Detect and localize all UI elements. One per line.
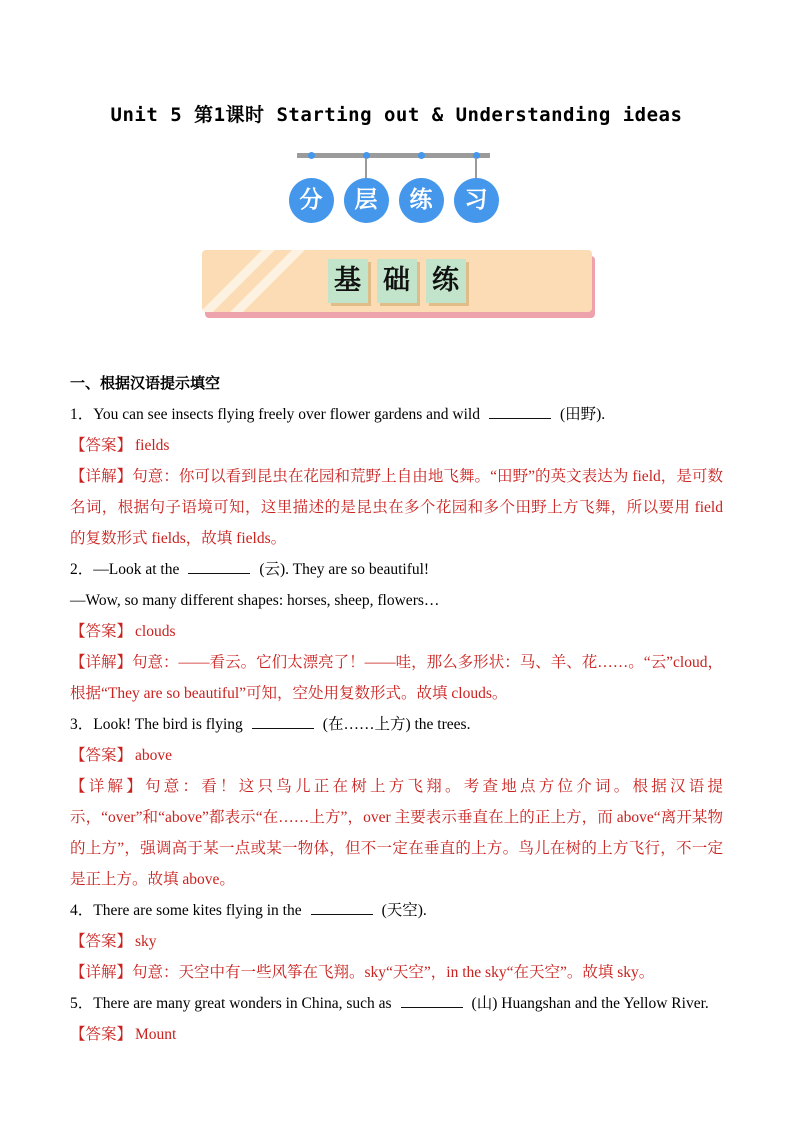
banner-tile: 基 <box>328 259 368 303</box>
practice-circle: 习 <box>454 178 499 223</box>
question-text-pre: Look! The bird is flying <box>93 716 243 733</box>
question-text-pre: You can see insects flying freely over f… <box>93 406 480 423</box>
banner-tile: 练 <box>426 259 466 303</box>
answer-line: 【答案】above <box>70 740 723 771</box>
answer-line: 【答案】clouds <box>70 616 723 647</box>
hanger-line <box>475 158 477 179</box>
answer-label: 【答案】 <box>70 1026 132 1043</box>
question-text-post: (山) Huangshan and the Yellow River. <box>472 995 709 1012</box>
answer-value: clouds <box>135 623 175 640</box>
question-block: 3．Look! The bird is flying(在……上方) the tr… <box>70 709 723 895</box>
question-text-post: (在……上方) the trees. <box>323 716 471 733</box>
explanation-label: 【详解】 <box>70 778 145 795</box>
worksheet-page: Unit 5 第1课时 Starting out & Understanding… <box>0 0 793 1122</box>
question-line: 3．Look! The bird is flying(在……上方) the tr… <box>70 709 723 740</box>
question-number: 3． <box>70 716 93 733</box>
banner-tile: 础 <box>377 259 417 303</box>
explanation-line: 【详解】句意：天空中有一些风筝在飞翔。sky“天空”，in the sky“在天… <box>70 957 723 988</box>
practice-circle: 练 <box>399 178 444 223</box>
worksheet-content: 一、根据汉语提示填空 1．You can see insects flying … <box>70 368 723 1050</box>
answer-line: 【答案】sky <box>70 926 723 957</box>
question-number: 2． <box>70 561 93 578</box>
answer-value: above <box>135 747 172 764</box>
explanation-label: 【详解】 <box>70 964 132 981</box>
explanation-line: 【详解】句意：你可以看到昆虫在花园和荒野上自由地飞舞。“田野”的英文表达为 fi… <box>70 461 723 554</box>
explanation-line: 【详解】句意：看！这只鸟儿正在树上方飞翔。考查地点方位介词。根据汉语提示，“ov… <box>70 771 723 895</box>
question-line: 2．—Look at the(云). They are so beautiful… <box>70 554 723 585</box>
layered-practice-graphic: 分 层 练 习 <box>285 153 509 223</box>
answer-label: 【答案】 <box>70 623 132 640</box>
answer-value: fields <box>135 437 169 454</box>
practice-circle: 层 <box>344 178 389 223</box>
section-heading: 一、根据汉语提示填空 <box>70 368 723 399</box>
hanger-line <box>365 158 367 179</box>
question-extra-line: —Wow, so many different shapes: horses, … <box>70 585 723 616</box>
bar-dot-icon <box>308 152 315 159</box>
explanation-text: 句意：天空中有一些风筝在飞翔。sky“天空”，in the sky“在天空”。故… <box>132 964 654 981</box>
explanation-label: 【详解】 <box>70 654 132 671</box>
graphic-bar <box>297 153 490 158</box>
answer-label: 【答案】 <box>70 437 132 454</box>
practice-circle: 分 <box>289 178 334 223</box>
bar-dot-icon <box>418 152 425 159</box>
page-title: Unit 5 第1课时 Starting out & Understanding… <box>0 0 793 130</box>
answer-value: Mount <box>135 1026 176 1043</box>
question-line: 4．There are some kites flying in the(天空)… <box>70 895 723 926</box>
basics-practice-banner: 基 础 练 <box>202 250 592 312</box>
explanation-line: 【详解】句意：——看云。它们太漂亮了！——哇，那么多形状：马、羊、花……。“云”… <box>70 647 723 709</box>
question-number: 1． <box>70 406 93 423</box>
question-block: 5．There are many great wonders in China,… <box>70 988 723 1050</box>
question-text-pre: There are many great wonders in China, s… <box>93 995 391 1012</box>
question-number: 4． <box>70 902 93 919</box>
answer-value: sky <box>135 933 157 950</box>
answer-label: 【答案】 <box>70 747 132 764</box>
answer-label: 【答案】 <box>70 933 132 950</box>
answer-line: 【答案】Mount <box>70 1019 723 1050</box>
question-number: 5． <box>70 995 93 1012</box>
answer-blank <box>401 992 463 1008</box>
explanation-text: 句意：看！这只鸟儿正在树上方飞翔。考查地点方位介词。根据汉语提示，“over”和… <box>70 778 723 888</box>
question-text-pre: There are some kites flying in the <box>93 902 301 919</box>
answer-blank <box>252 713 314 729</box>
question-text-post: (天空). <box>382 902 427 919</box>
explanation-label: 【详解】 <box>70 468 132 485</box>
question-block: 1．You can see insects flying freely over… <box>70 399 723 554</box>
answer-line: 【答案】fields <box>70 430 723 461</box>
answer-blank <box>188 558 250 574</box>
question-block: 2．—Look at the(云). They are so beautiful… <box>70 554 723 709</box>
answer-blank <box>489 403 551 419</box>
question-text-post: (云). They are so beautiful! <box>259 561 429 578</box>
question-text-pre: —Look at the <box>93 561 179 578</box>
question-line: 5．There are many great wonders in China,… <box>70 988 723 1019</box>
question-block: 4．There are some kites flying in the(天空)… <box>70 895 723 988</box>
explanation-text: 句意：你可以看到昆虫在花园和荒野上自由地飞舞。“田野”的英文表达为 field，… <box>70 468 723 547</box>
explanation-text: 句意：——看云。它们太漂亮了！——哇，那么多形状：马、羊、花……。“云”clou… <box>70 654 723 702</box>
answer-blank <box>311 899 373 915</box>
question-line: 1．You can see insects flying freely over… <box>70 399 723 430</box>
question-text-post: (田野). <box>560 406 605 423</box>
